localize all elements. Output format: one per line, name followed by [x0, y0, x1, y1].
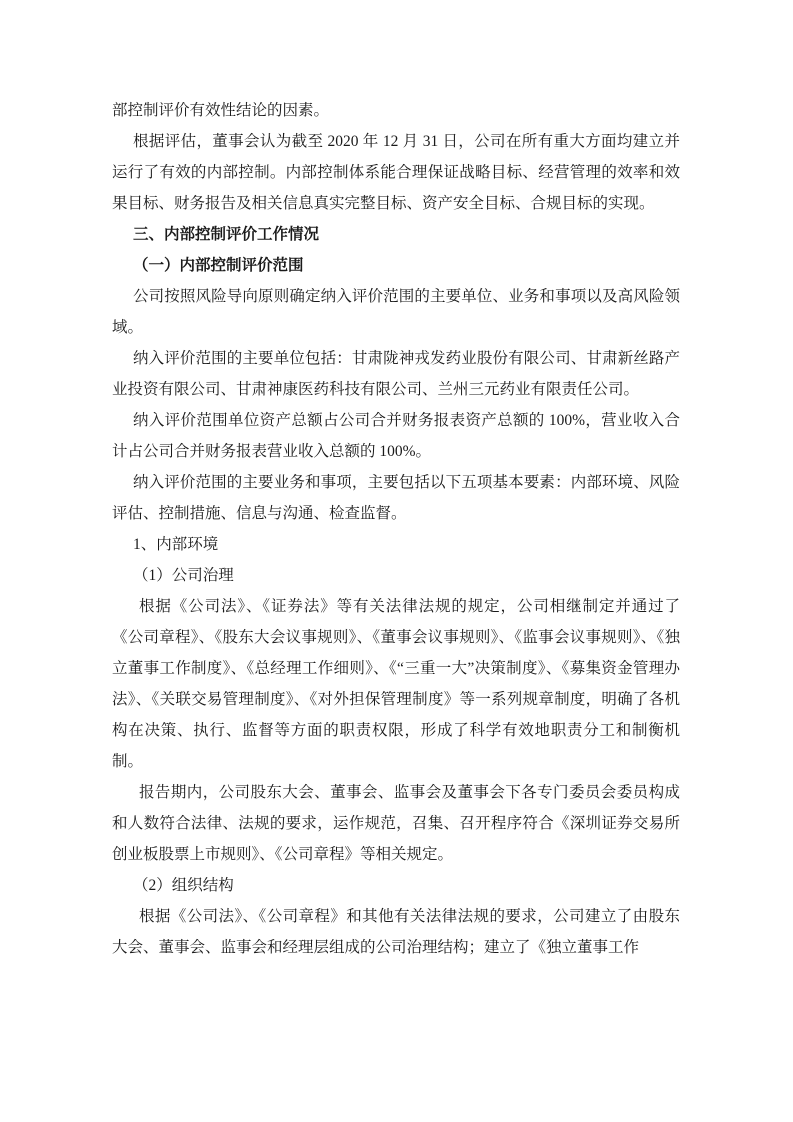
paragraph-continuation: 部控制评价有效性结论的因素。: [112, 95, 680, 126]
paragraph: 纳入评价范围单位资产总额占公司合并财务报表资产总额的 100%，营业收入合计占公…: [112, 405, 680, 467]
paragraph: 公司按照风险导向原则确定纳入评价范围的主要单位、业务和事项以及高风险领域。: [112, 281, 680, 343]
document-page: 部控制评价有效性结论的因素。根据评估，董事会认为截至 2020 年 12 月 3…: [0, 0, 793, 1122]
paragraph: 根据评估，董事会认为截至 2020 年 12 月 31 日，公司在所有重大方面均…: [112, 126, 680, 219]
list-subheading: （2）组织结构: [112, 870, 680, 901]
paragraph: 纳入评价范围的主要单位包括：甘肃陇神戎发药业股份有限公司、甘肃新丝路产业投资有限…: [112, 343, 680, 405]
list-subheading: （1）公司治理: [112, 560, 680, 591]
paragraph: 纳入评价范围的主要业务和事项，主要包括以下五项基本要素：内部环境、风险评估、控制…: [112, 467, 680, 529]
paragraph-cut-by-page-break: 根据《公司法》、《公司章程》和其他有关法律法规的要求，公司建立了由股东大会、董事…: [112, 901, 680, 963]
list-heading: 1、内部环境: [112, 529, 680, 560]
paragraph: 报告期内，公司股东大会、董事会、监事会及董事会下各专门委员会委员构成和人数符合法…: [112, 777, 680, 870]
subsection-heading: （一）内部控制评价范围: [112, 250, 680, 281]
section-heading: 三、内部控制评价工作情况: [112, 219, 680, 250]
paragraph: 根据《公司法》、《证券法》等有关法律法规的规定，公司相继制定并通过了《公司章程》…: [112, 591, 680, 777]
document-body: 部控制评价有效性结论的因素。根据评估，董事会认为截至 2020 年 12 月 3…: [112, 95, 680, 963]
